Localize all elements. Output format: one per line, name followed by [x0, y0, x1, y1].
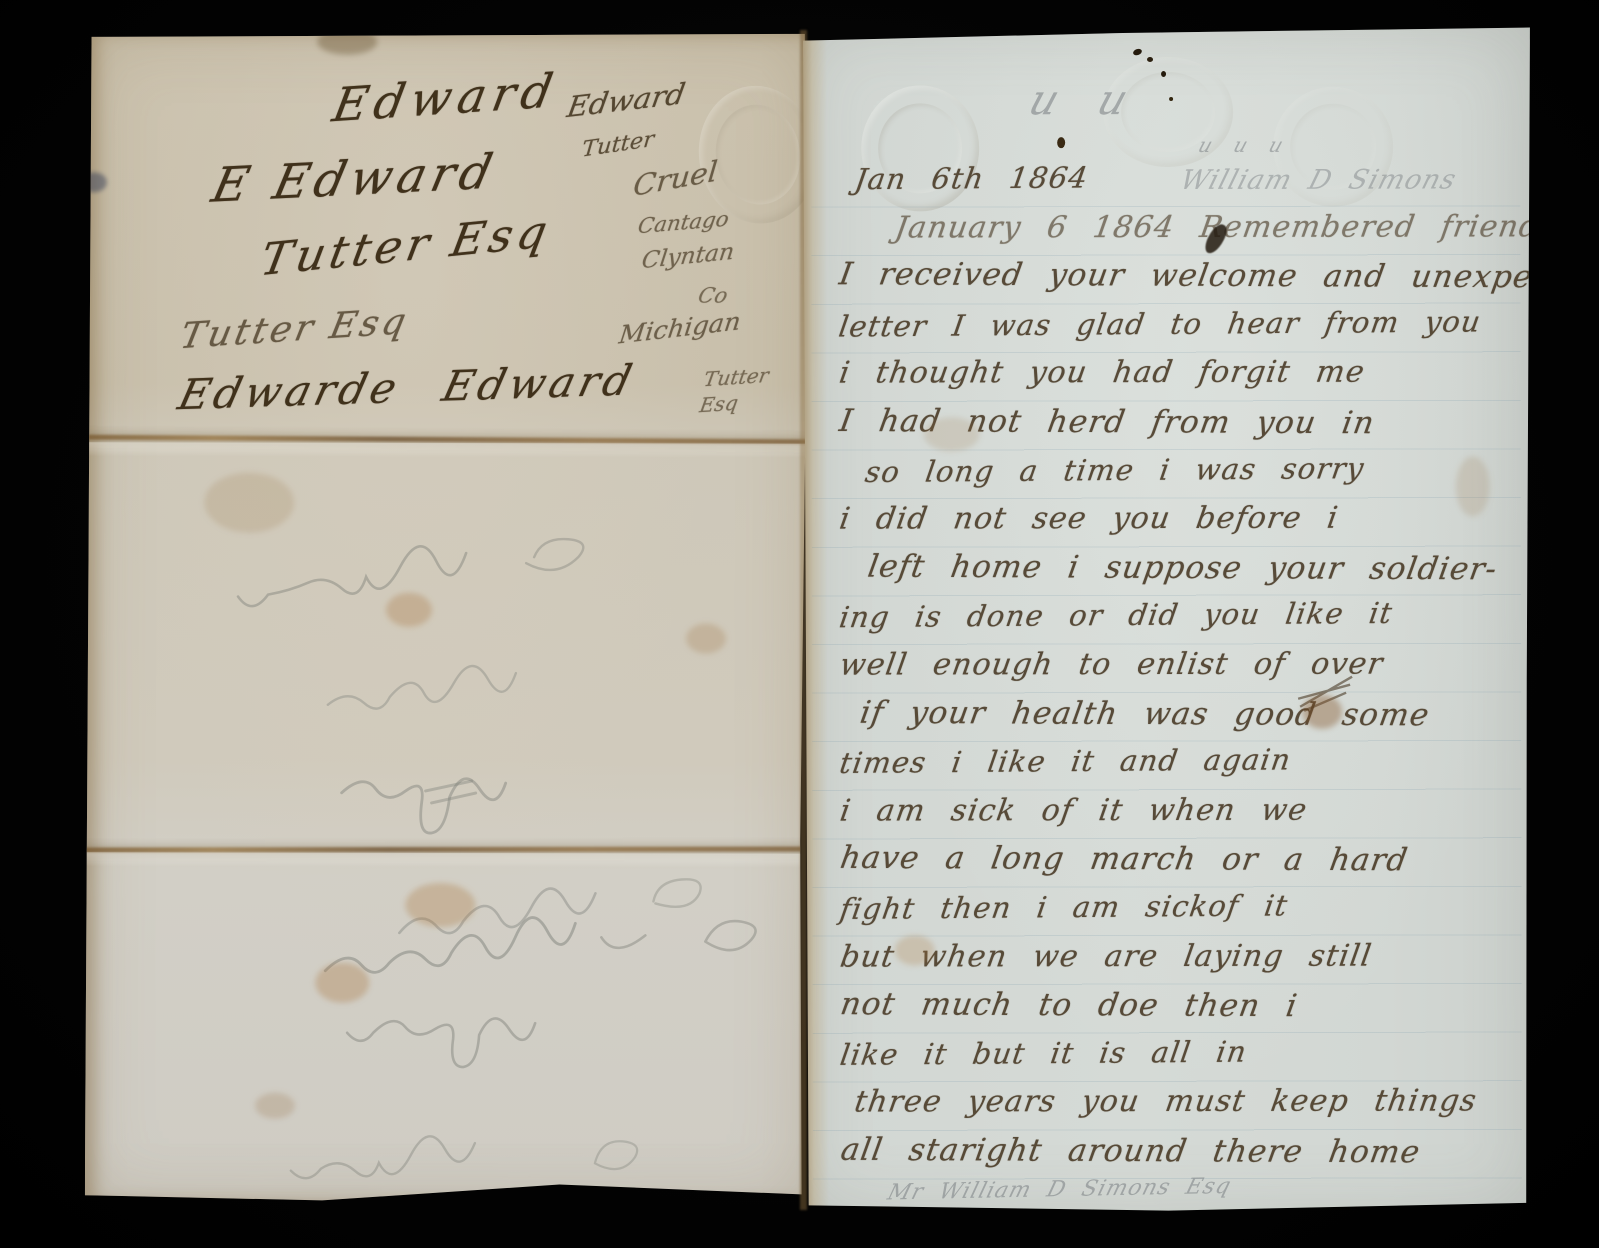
ink-speck — [1169, 97, 1173, 101]
letter-line: i did not see you before i — [837, 501, 1341, 537]
ink-speck — [1057, 137, 1065, 148]
pen-practice-text: Michigan — [617, 306, 742, 349]
letter-line: like it but it is all in — [838, 1034, 1250, 1071]
letter-back-page: EdwardEdwardTutterE EdwardCruelCantagoTu… — [85, 32, 806, 1204]
stain — [924, 417, 980, 451]
letter-line: I had not herd from you in — [837, 403, 1378, 441]
ink-speck — [1161, 71, 1166, 77]
ink-speck — [1132, 48, 1143, 57]
stain — [204, 472, 294, 532]
ink-speck — [1147, 57, 1153, 62]
stain — [315, 963, 369, 1003]
pen-practice-text: Tutter — [581, 127, 655, 162]
stain — [386, 593, 432, 627]
stain — [895, 935, 935, 965]
pencil-practice-mark: u u — [1023, 75, 1135, 124]
letter-line: have a long march or a hard — [838, 840, 1411, 878]
pen-practice-text: Tutter Esq — [256, 205, 555, 287]
letter-front-page: u u u u u William D Simons Mr William D … — [803, 26, 1532, 1213]
pen-practice-text: Cantago — [636, 207, 730, 238]
pen-practice-text: Edwarde Edward — [174, 356, 641, 420]
letter-line: i am sick of it when we — [838, 793, 1311, 829]
pen-practice-text: Edward — [328, 64, 563, 134]
stain — [1456, 456, 1490, 516]
ink-speck — [81, 172, 107, 192]
letter-line: i thought you had forgit me — [837, 355, 1368, 391]
stain — [405, 883, 475, 927]
pen-practice-text: Co — [696, 284, 730, 308]
letter-line: three years you must keep things — [852, 1084, 1479, 1120]
pen-practice-text: Edward — [565, 77, 688, 124]
letter-line: left home i suppose your soldier- — [865, 548, 1500, 587]
stain — [317, 29, 377, 55]
letter-line: not much to doe then i — [838, 986, 1300, 1024]
pen-practice-group: EdwardEdwardTutterE EdwardCruelCantagoTu… — [87, 32, 806, 34]
pencil-name-annotation: William D Simons — [1177, 164, 1460, 195]
letter-line: times i like it and again — [837, 743, 1293, 781]
letter-body: Jan 6th 1864January 6 1864 Remembered fr… — [803, 26, 1530, 27]
letter-line: I received your welcome and unexpected — [837, 256, 1599, 295]
stain — [255, 1093, 295, 1119]
pen-practice-text: E Edward — [207, 144, 502, 214]
pencil-practice-mark: u u u — [1195, 133, 1287, 157]
letter-line: fight then i am sickof it — [838, 888, 1291, 926]
stain — [686, 624, 726, 654]
pen-practice-text: Clyntan — [640, 239, 736, 274]
letter-line: so long a time i was sorry — [863, 451, 1367, 489]
pen-practice-text: Cruel — [632, 154, 719, 203]
letter-line: letter I was glad to hear from you — [837, 304, 1484, 343]
pen-practice-text: Tutter Esq — [177, 301, 413, 357]
letter-line: ing is done or did you like it — [837, 596, 1395, 634]
letter-line: all staright around there home — [838, 1132, 1423, 1171]
letter-line: Jan 6th 1864 — [853, 160, 1091, 196]
pen-practice-text: Tutter Esq — [698, 361, 786, 418]
photo-background: EdwardEdwardTutterE EdwardCruelCantagoTu… — [0, 0, 1599, 1248]
stain — [1302, 695, 1342, 729]
